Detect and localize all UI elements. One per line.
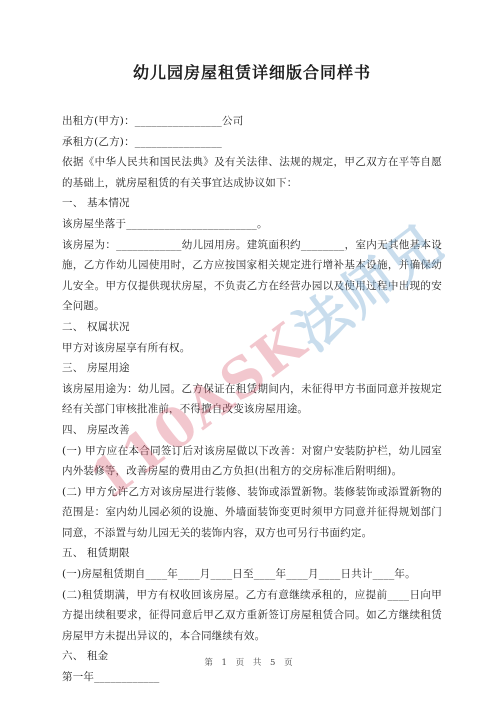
section-1-details: 该房屋为：____________幼儿园用房。建筑面积约________，室内无… xyxy=(62,235,442,317)
section-2-heading: 二、 权属状况 xyxy=(62,317,442,338)
preamble: 依据《中华人民共和国民法典》及有关法律、法规的规定，甲乙双方在平等自愿的基础上，… xyxy=(62,152,442,193)
section-1-location: 该房屋坐落于________________________。 xyxy=(62,214,442,235)
section-2-ownership: 甲方对该房屋享有所有权。 xyxy=(62,338,442,359)
section-1-heading: 一、 基本情况 xyxy=(62,193,442,214)
section-5-item-2: (二)租赁期满，甲方有权收回该房屋。乙方有意继续承租的，应提前____日向甲方提… xyxy=(62,585,442,647)
page-number-indicator: 第 1 页 共 5 页 xyxy=(0,656,500,668)
section-3-usage: 该房屋用途为：幼儿园。乙方保证在租赁期间内，未征得甲方书面同意并按规定经有关部门… xyxy=(62,379,442,420)
section-5-item-1: (一)房屋租赁期自____年____月____日至____年____月____日… xyxy=(62,564,442,585)
document-body: 幼儿园房屋租赁详细版合同样书 出租方(甲方)：________________公… xyxy=(62,62,442,688)
section-3-heading: 三、 房屋用途 xyxy=(62,358,442,379)
line-lessor: 出租方(甲方)：________________公司 xyxy=(62,111,442,132)
contract-document-page: 110ASK 法师兄 幼儿园房屋租赁详细版合同样书 出租方(甲方)：______… xyxy=(0,0,500,706)
section-4-item-1: (一) 甲方应在本合同签订后对该房屋做以下改善：对窗户安装防护栏，幼儿园室内外装… xyxy=(62,441,442,482)
line-lessee: 承租方(乙方)：________________ xyxy=(62,132,442,153)
section-6-first-year: 第一年____________ xyxy=(62,667,442,688)
document-title: 幼儿园房屋租赁详细版合同样书 xyxy=(62,62,442,84)
section-4-item-2: (二) 甲方允许乙方对该房屋进行装修、装饰或添置新物。装修装饰或添置新物的范围是… xyxy=(62,482,442,544)
section-5-heading: 五、 租赁期限 xyxy=(62,543,442,564)
section-4-heading: 四、 房屋改善 xyxy=(62,420,442,441)
